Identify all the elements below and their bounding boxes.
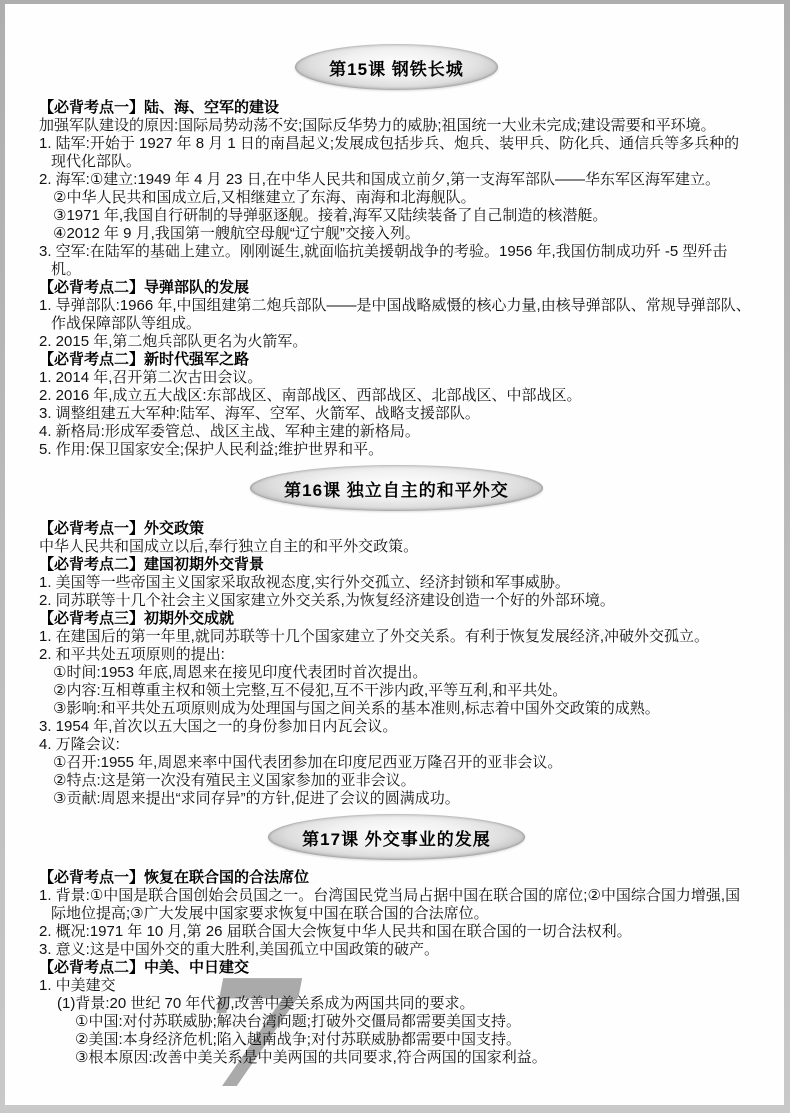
paragraph: ④2012 年 9 月,我国第一艘航空母舰“辽宁舰”交接入列。 [39, 225, 754, 243]
section-heading: 【必背考点三】初期外交成就 [39, 610, 754, 628]
section-heading: 【必背考点二】新时代强军之路 [39, 351, 754, 369]
paragraph: 4. 万隆会议: [39, 736, 754, 754]
paragraph: 3. 意义:这是中国外交的重大胜利,美国孤立中国政策的破产。 [39, 941, 754, 959]
paragraph: 2. 海军:①建立:1949 年 4 月 23 日,在中华人民共和国成立前夕,第… [39, 171, 754, 189]
section-heading: 【必背考点二】建国初期外交背景 [39, 556, 754, 574]
paragraph: 1. 2014 年,召开第二次古田会议。 [39, 369, 754, 387]
paragraph: (1)背景:20 世纪 70 年代初,改善中美关系成为两国共同的要求。 [39, 995, 754, 1013]
paragraph: 1. 导弹部队:1966 年,中国组建第二炮兵部队——是中国战略威慑的核心力量,… [39, 297, 754, 333]
paragraph: 4. 新格局:形成军委管总、战区主战、军种主建的新格局。 [39, 423, 754, 441]
section-heading: 【必背考点一】恢复在联合国的合法席位 [39, 869, 754, 887]
paragraph: ②特点:这是第一次没有殖民主义国家参加的亚非会议。 [39, 772, 754, 790]
paragraph: 3. 1954 年,首次以五大国之一的身份参加日内瓦会议。 [39, 718, 754, 736]
page-content: 第15课 钢铁长城【必背考点一】陆、海、空军的建设加强军队建设的原因:国际局势动… [39, 44, 754, 1067]
page: 7 第15课 钢铁长城【必背考点一】陆、海、空军的建设加强军队建设的原因:国际局… [5, 4, 784, 1105]
paragraph: 2. 和平共处五项原则的提出: [39, 646, 754, 664]
lesson-badge: 第17课 外交事业的发展 [268, 814, 525, 860]
paragraph: 3. 调整组建五大军种:陆军、海军、空军、火箭军、战略支援部队。 [39, 405, 754, 423]
section-heading: 【必背考点一】外交政策 [39, 520, 754, 538]
paragraph: 1. 美国等一些帝国主义国家采取敌视态度,实行外交孤立、经济封锁和军事威胁。 [39, 574, 754, 592]
paragraph: ③根本原因:改善中美关系是中美两国的共同要求,符合两国的国家利益。 [39, 1049, 754, 1067]
paragraph: 3. 空军:在陆军的基础上建立。刚刚诞生,就面临抗美援朝战争的考验。1956 年… [39, 243, 754, 279]
paragraph: ②内容:互相尊重主权和领土完整,互不侵犯,互不干涉内政,平等互利,和平共处。 [39, 682, 754, 700]
paragraph: 5. 作用:保卫国家安全;保护人民利益;维护世界和平。 [39, 441, 754, 459]
scan-frame: 7 第15课 钢铁长城【必背考点一】陆、海、空军的建设加强军队建设的原因:国际局… [0, 0, 790, 1113]
paragraph: 1. 背景:①中国是联合国创始会员国之一。台湾国民党当局占据中国在联合国的席位;… [39, 887, 754, 923]
paragraph: ①中国:对付苏联威胁;解决台湾问题;打破外交僵局都需要美国支持。 [39, 1013, 754, 1031]
paragraph: ③1971 年,我国自行研制的导弹驱逐舰。接着,海军又陆续装备了自己制造的核潜艇… [39, 207, 754, 225]
paragraph: ①时间:1953 年底,周恩来在接见印度代表团时首次提出。 [39, 664, 754, 682]
paragraph: ③贡献:周恩来提出“求同存异”的方针,促进了会议的圆满成功。 [39, 790, 754, 808]
paragraph: ②中华人民共和国成立后,又相继建立了东海、南海和北海舰队。 [39, 189, 754, 207]
lesson-badge: 第15课 钢铁长城 [295, 44, 498, 90]
paragraph: 2. 概况:1971 年 10 月,第 26 届联合国大会恢复中华人民共和国在联… [39, 923, 754, 941]
paragraph: ①召开:1955 年,周恩来率中国代表团参加在印度尼西亚万隆召开的亚非会议。 [39, 754, 754, 772]
section-heading: 【必背考点一】陆、海、空军的建设 [39, 99, 754, 117]
paragraph: ②美国:本身经济危机;陷入越南战争;对付苏联威胁都需要中国支持。 [39, 1031, 754, 1049]
lesson-badge: 第16课 独立自主的和平外交 [250, 465, 543, 511]
paragraph: 中华人民共和国成立以后,奉行独立自主的和平外交政策。 [39, 538, 754, 556]
paragraph: 加强军队建设的原因:国际局势动荡不安;国际反华势力的威胁;祖国统一大业未完成;建… [39, 117, 754, 135]
paragraph: 2. 同苏联等十几个社会主义国家建立外交关系,为恢复经济建设创造一个好的外部环境… [39, 592, 754, 610]
paragraph: 1. 中美建交 [39, 977, 754, 995]
section-heading: 【必背考点二】导弹部队的发展 [39, 279, 754, 297]
paragraph: 2. 2016 年,成立五大战区:东部战区、南部战区、西部战区、北部战区、中部战… [39, 387, 754, 405]
paragraph: ③影响:和平共处五项原则成为处理国与国之间关系的基本准则,标志着中国外交政策的成… [39, 700, 754, 718]
paragraph: 1. 陆军:开始于 1927 年 8 月 1 日的南昌起义;发展成包括步兵、炮兵… [39, 135, 754, 171]
paragraph: 2. 2015 年,第二炮兵部队更名为火箭军。 [39, 333, 754, 351]
paragraph: 1. 在建国后的第一年里,就同苏联等十几个国家建立了外交关系。有利于恢复发展经济… [39, 628, 754, 646]
section-heading: 【必背考点二】中美、中日建交 [39, 959, 754, 977]
